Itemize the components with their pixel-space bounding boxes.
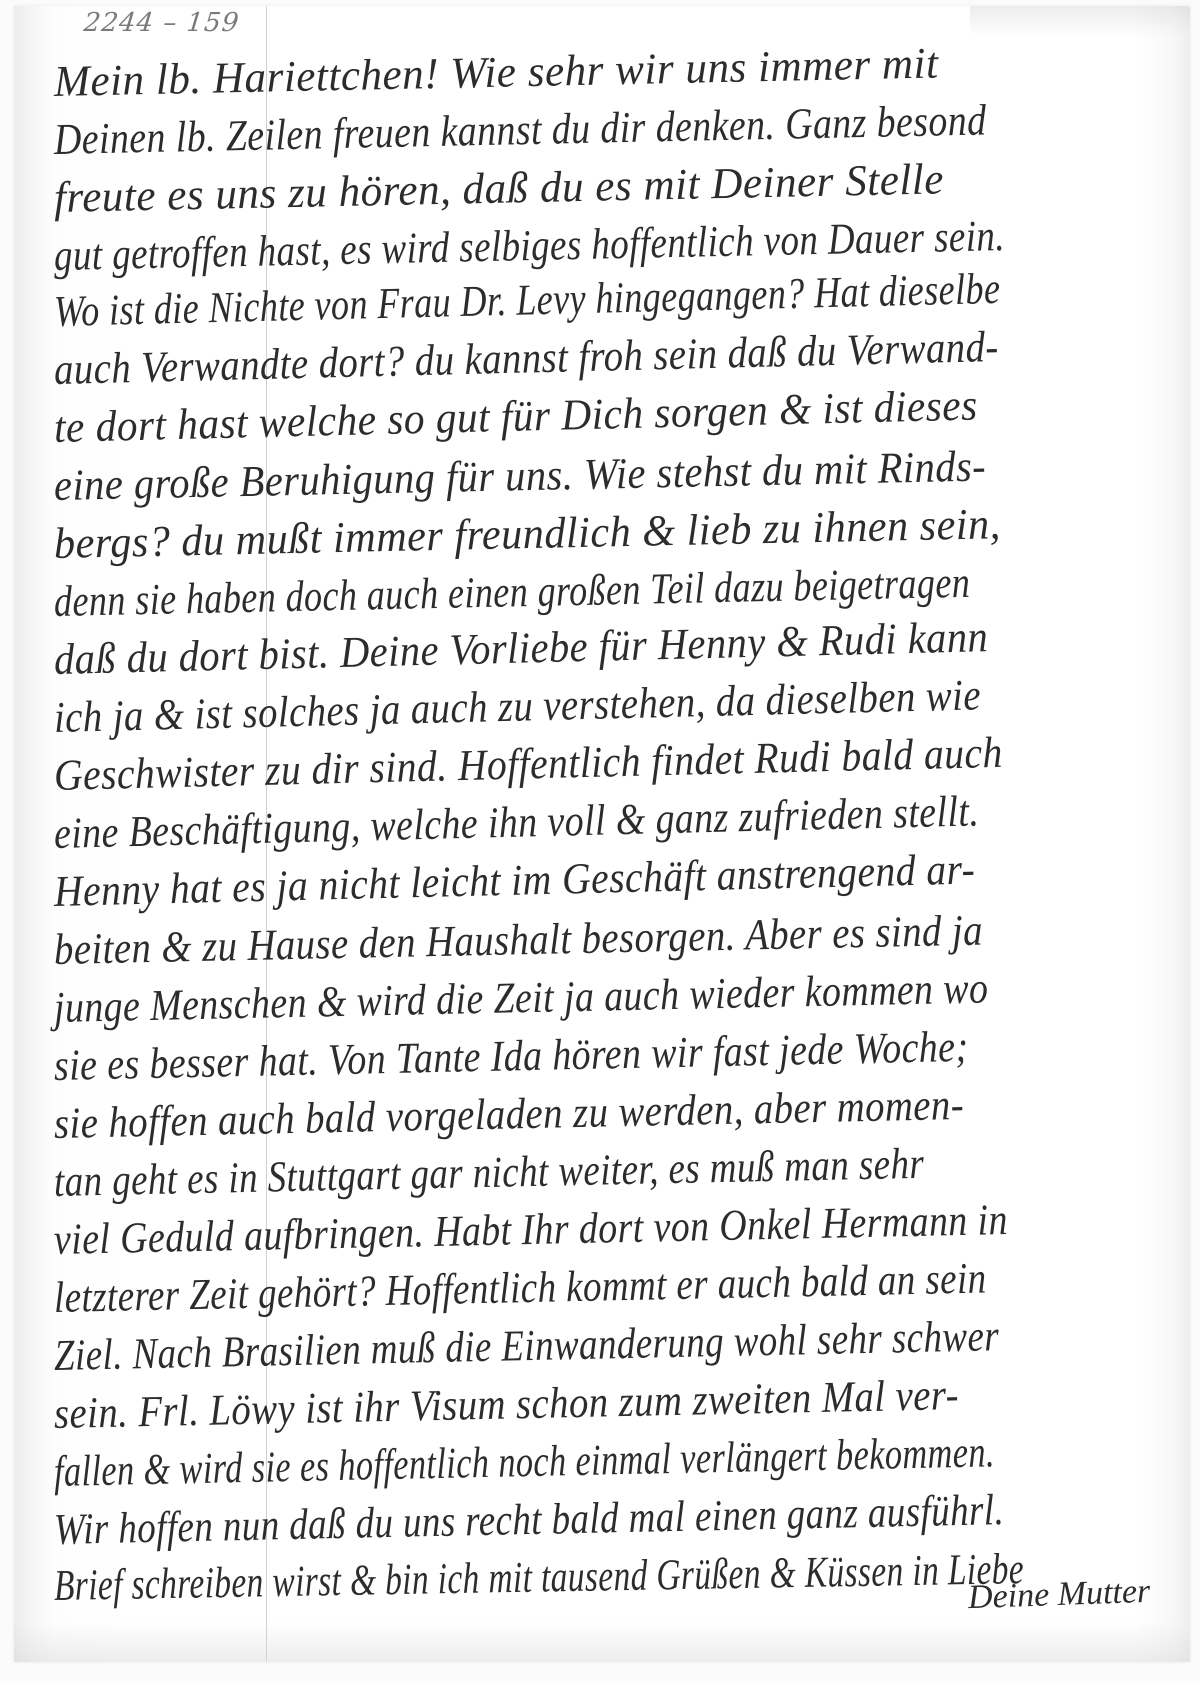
letter-line: Wir hoffen nun daß du uns recht bald mal… (53, 1484, 1004, 1555)
paper-bottom-edge (14, 1622, 1190, 1662)
paper-corner-shadow (970, 6, 1190, 36)
letter-line: sie hoffen auch bald vorgeladen zu werde… (53, 1079, 964, 1149)
letter-line: Mein lb. Hariettchen! Wie sehr wir uns i… (53, 37, 938, 107)
letter-line: sein. Frl. Löwy ist ihr Visum schon zum … (53, 1369, 959, 1439)
letter-line: freute es uns zu hören, daß du es mit De… (53, 153, 944, 223)
letter-line: Brief schreiben wirst & bin ich mit taus… (54, 1543, 1025, 1611)
letter-line: beiten & zu Hause den Haushalt besorgen.… (53, 905, 983, 975)
letter-line: tan geht es in Stuttgart gar nicht weite… (53, 1138, 924, 1207)
archive-reference: 2244 – 159 (82, 8, 240, 38)
signature: Deine Mutter (967, 1573, 1150, 1617)
letter-paper: 2244 – 159 Mein lb. Hariettchen! Wie seh… (14, 6, 1190, 1662)
scanned-page: 2244 – 159 Mein lb. Hariettchen! Wie seh… (0, 0, 1200, 1683)
letter-line: sie es besser hat. Von Tante Ida hören w… (53, 1021, 968, 1091)
